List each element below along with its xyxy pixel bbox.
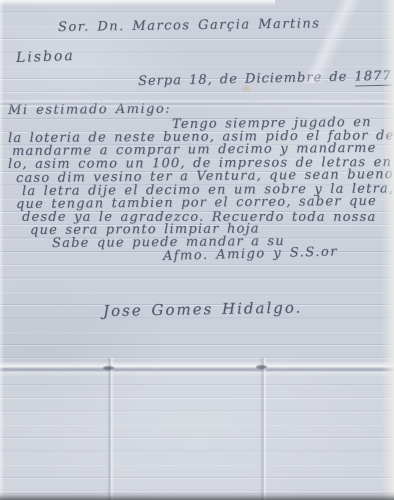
paper-stain bbox=[240, 84, 252, 93]
vertical-fold-crease-right bbox=[260, 358, 267, 500]
paper-edge-right bbox=[382, 0, 394, 500]
paper-edge-top bbox=[0, 0, 275, 6]
vertical-fold-crease-left bbox=[107, 358, 114, 500]
closing-line: Afmo. Amigo y S.S.or bbox=[163, 244, 338, 264]
lower-fold-panel bbox=[0, 374, 394, 500]
letter-scan: Sor. Dn. Marcos Garçia Martins Lisboa Se… bbox=[0, 0, 394, 500]
diagonal-crease bbox=[248, 0, 394, 83]
horizontal-crease-upper bbox=[0, 99, 394, 108]
paper-edge-left bbox=[0, 0, 4, 500]
horizontal-fold-crease bbox=[0, 361, 394, 377]
fold-notch-left bbox=[103, 366, 114, 370]
city-line: Lisboa bbox=[16, 48, 75, 66]
fold-notch-right bbox=[256, 365, 267, 369]
signature: Jose Gomes Hidalgo. bbox=[103, 299, 303, 320]
paper-edge-bottom-shadow bbox=[0, 491, 394, 500]
